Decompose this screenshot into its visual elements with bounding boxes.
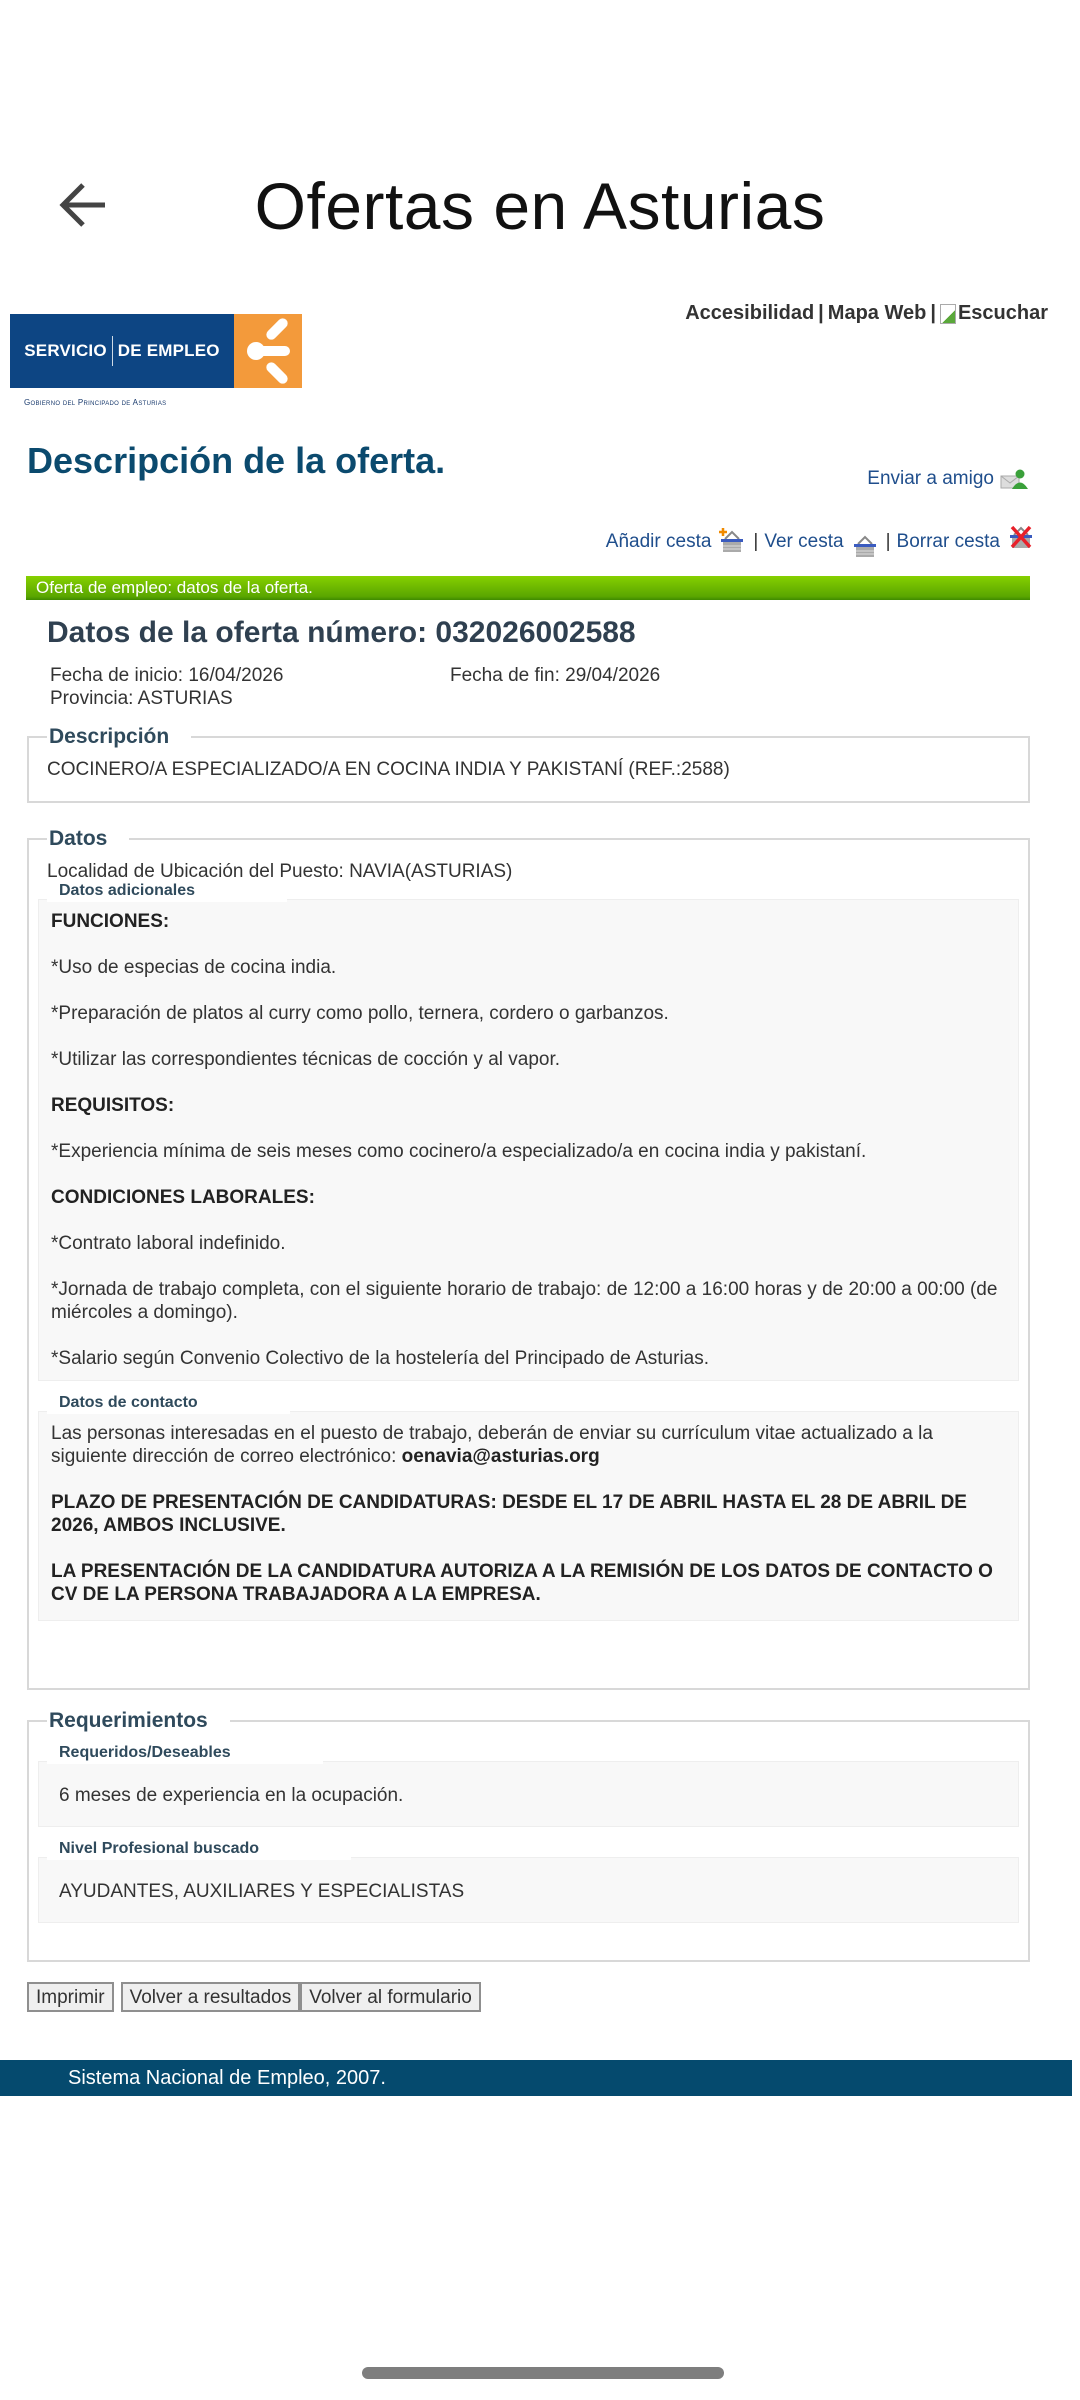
delete-basket-label: Borrar cesta (897, 531, 1000, 553)
link-escuchar[interactable]: Escuchar (940, 302, 1048, 325)
add-basket-link[interactable]: Añadir cesta (606, 527, 748, 557)
add-basket-label: Añadir cesta (606, 531, 712, 553)
top-links: Accesibilidad | Mapa Web | Escuchar (685, 302, 1048, 325)
datos-contacto-legend: Datos de contacto (47, 1394, 290, 1414)
requeridos-legend: Requeridos/Deseables (47, 1744, 323, 1764)
basket-icon (850, 532, 880, 562)
logo-text-right: DE EMPLEO (118, 341, 220, 361)
funcion-item: *Preparación de platos al curry como pol… (51, 1002, 1006, 1025)
offer-title: Datos de la oferta número: 032026002588 (47, 616, 636, 650)
condicion-item: *Jornada de trabajo completa, con el sig… (51, 1278, 1006, 1324)
end-date: Fecha de fin: 29/04/2026 (450, 664, 660, 687)
funciones-title: FUNCIONES: (51, 911, 169, 932)
requisito-item: *Experiencia mínima de seis meses como c… (51, 1140, 1006, 1163)
descripcion-legend: Descripción (47, 725, 191, 749)
nivel-legend: Nivel Profesional buscado (47, 1840, 351, 1860)
descripcion-text: COCINERO/A ESPECIALIZADO/A EN COCINA IND… (29, 749, 1028, 781)
home-indicator[interactable] (362, 2367, 724, 2379)
condicion-item: *Contrato laboral indefinido. (51, 1232, 1006, 1255)
separator: | (886, 531, 891, 553)
plazo-text: PLAZO DE PRESENTACIÓN DE CANDIDATURAS: D… (51, 1492, 967, 1536)
start-date: Fecha de inicio: 16/04/2026 (50, 664, 450, 687)
mail-person-icon (1000, 468, 1028, 490)
section-bar: Oferta de empleo: datos de la oferta. (26, 576, 1030, 600)
datos-box: Datos Localidad de Ubicación del Puesto:… (27, 827, 1030, 1690)
nivel-text: AYUDANTES, AUXILIARES Y ESPECIALISTAS (39, 1858, 1018, 1903)
condicion-item: *Salario según Convenio Colectivo de la … (51, 1347, 1006, 1370)
logo-text-left: SERVICIO (24, 341, 107, 361)
action-buttons: Imprimir Volver a resultados Volver al f… (27, 1982, 481, 2012)
nivel-panel: Nivel Profesional buscado AYUDANTES, AUX… (38, 1857, 1019, 1923)
funcion-item: *Utilizar las correspondientes técnicas … (51, 1048, 1006, 1071)
delete-basket-link[interactable]: Borrar cesta (897, 531, 1036, 553)
requeridos-text: 6 meses de experiencia en la ocupación. (39, 1762, 1018, 1807)
logo-mark-icon (234, 314, 302, 388)
condiciones-title: CONDICIONES LABORALES: (51, 1187, 315, 1208)
view-basket-label: Ver cesta (764, 531, 843, 553)
separator: | (930, 302, 936, 325)
basket-delete-icon (1006, 523, 1036, 553)
app-title: Ofertas en Asturias (0, 168, 1080, 244)
broken-image-icon (940, 304, 956, 324)
descripcion-box: Descripción COCINERO/A ESPECIALIZADO/A E… (27, 725, 1030, 803)
autoriza-text: LA PRESENTACIÓN DE LA CANDIDATURA AUTORI… (51, 1561, 993, 1605)
separator: | (753, 531, 758, 553)
offer-meta: Fecha de inicio: 16/04/2026 Fecha de fin… (50, 664, 660, 710)
link-accesibilidad[interactable]: Accesibilidad (685, 302, 814, 325)
link-escuchar-label: Escuchar (958, 302, 1048, 324)
send-to-friend-label: Enviar a amigo (867, 468, 994, 490)
view-basket-link[interactable]: Ver cesta (764, 522, 879, 562)
logo-subtitle: Gobierno del Principado de Asturias (24, 398, 302, 407)
requisitos-title: REQUISITOS: (51, 1095, 174, 1116)
logo[interactable]: SERVICIO DE EMPLEO Gobierno del Principa… (10, 314, 302, 407)
datos-legend: Datos (47, 827, 129, 851)
logo-blue-block: SERVICIO DE EMPLEO (10, 314, 234, 388)
province: Provincia: ASTURIAS (50, 687, 660, 710)
footer: Sistema Nacional de Empleo, 2007. (0, 2060, 1072, 2096)
datos-contacto-panel: Datos de contacto Las personas interesad… (38, 1411, 1019, 1621)
separator: | (818, 302, 824, 325)
page-heading: Descripción de la oferta. (27, 440, 445, 482)
send-to-friend-link[interactable]: Enviar a amigo (867, 468, 1028, 490)
requerimientos-box: Requerimientos Requeridos/Deseables 6 me… (27, 1709, 1030, 1962)
contact-email[interactable]: oenavia@asturias.org (402, 1446, 600, 1467)
contact-intro: Las personas interesadas en el puesto de… (51, 1422, 1006, 1468)
logo-separator (112, 336, 113, 366)
basket-add-icon (717, 527, 747, 557)
print-button[interactable]: Imprimir (27, 1982, 114, 2012)
datos-adicionales-panel: Datos adicionales FUNCIONES: *Uso de esp… (38, 899, 1019, 1381)
funcion-item: *Uso de especias de cocina india. (51, 956, 1006, 979)
datos-adicionales-legend: Datos adicionales (47, 882, 287, 902)
requerimientos-legend: Requerimientos (47, 1709, 230, 1733)
link-mapa-web[interactable]: Mapa Web (828, 302, 927, 325)
basket-links: Añadir cesta | Ver cesta | Borrar cesta (606, 522, 1036, 562)
back-to-form-button[interactable]: Volver al formulario (300, 1982, 481, 2012)
app-bar: Ofertas en Asturias (0, 150, 1080, 260)
back-to-results-button[interactable]: Volver a resultados (121, 1982, 301, 2012)
requeridos-panel: Requeridos/Deseables 6 meses de experien… (38, 1761, 1019, 1827)
